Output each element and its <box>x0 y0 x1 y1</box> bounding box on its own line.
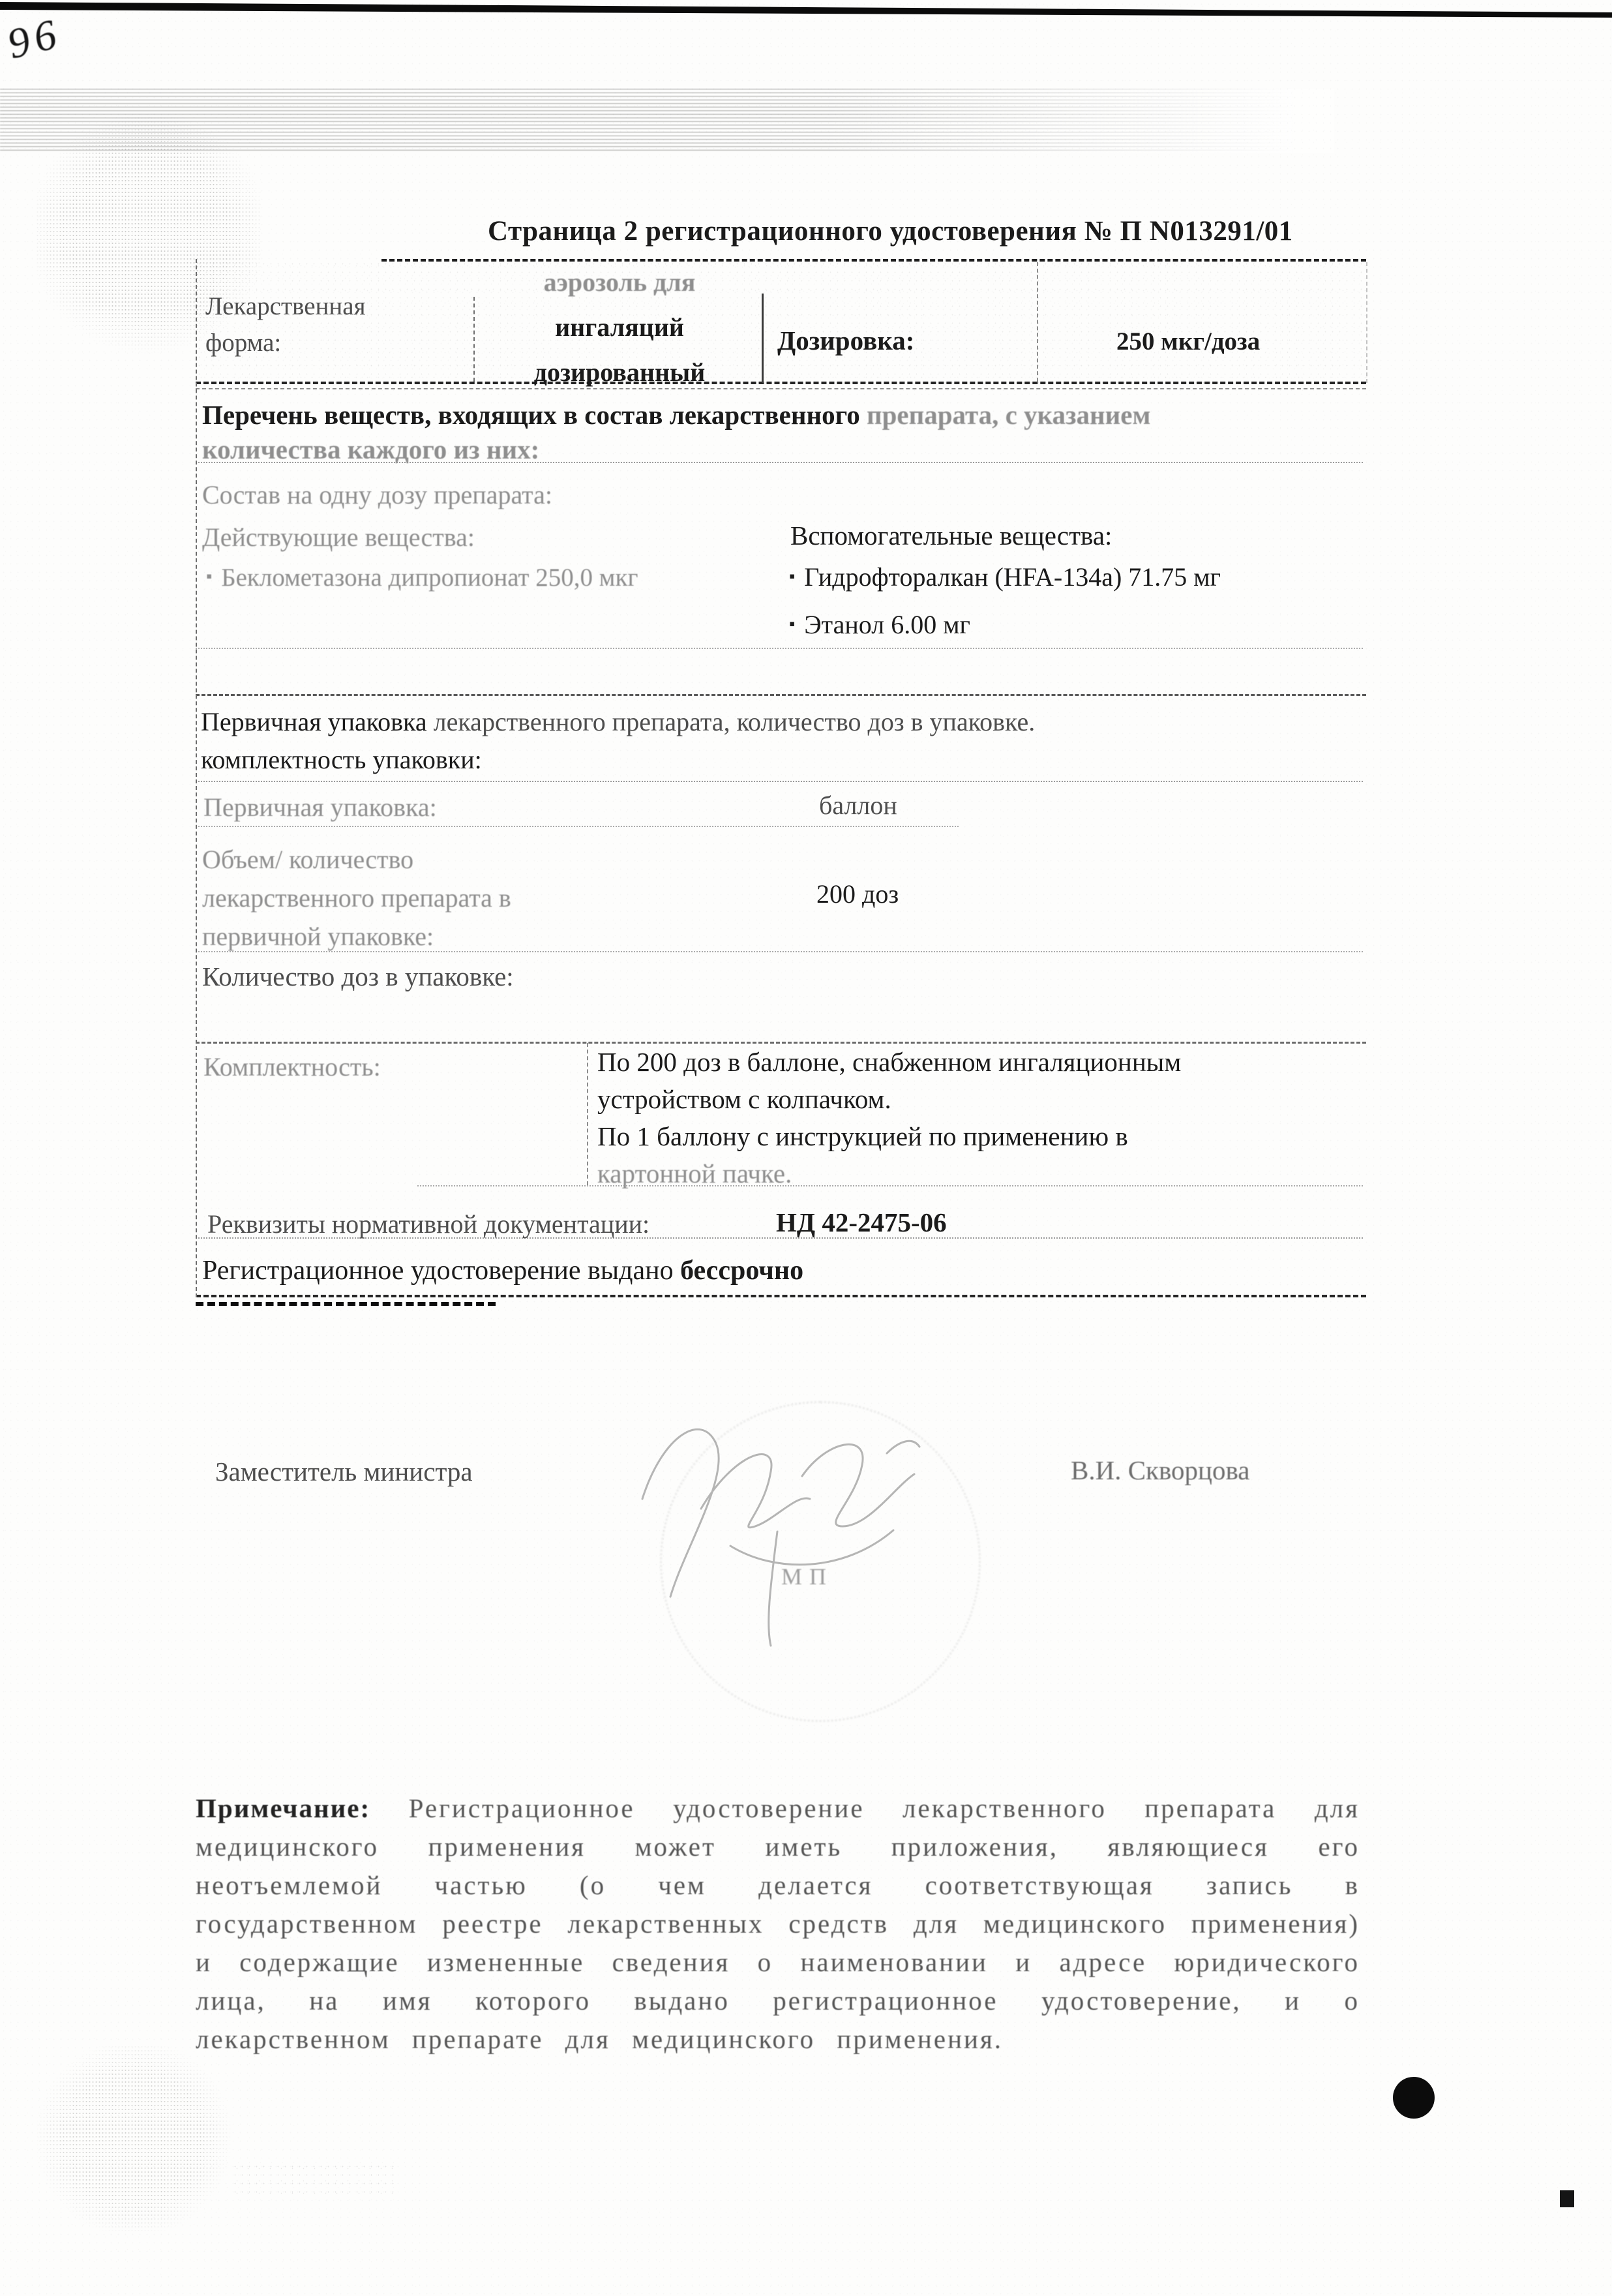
doses-per-pack-label: Количество доз в упаковке: <box>202 961 514 992</box>
col-separator <box>1037 262 1038 382</box>
active-substance-item: Беклометазона дипропионат 250,0 мкг <box>221 564 638 592</box>
table-right-border <box>1366 262 1367 383</box>
punch-hole-dot <box>1393 2077 1435 2119</box>
dosage-label: Дозировка: <box>777 325 914 356</box>
dosage-value: 250 мкг/доза <box>1116 327 1260 356</box>
signatory-position: Заместитель министра <box>215 1456 473 1487</box>
rule <box>196 382 1366 384</box>
rule <box>196 388 1366 389</box>
packaging-heading-bold: Первичная упаковка <box>201 707 427 736</box>
primary-pack-label: Первичная упаковка: <box>203 792 437 823</box>
rule <box>196 694 1366 696</box>
composition-heading-faded: препарата, с указанием <box>867 400 1150 430</box>
rule-heavy <box>196 1302 496 1306</box>
rule <box>196 826 959 827</box>
form-value-line1: аэрозоль для <box>477 260 762 305</box>
issued-term: бессрочно <box>680 1256 803 1286</box>
kit-line1: По 200 доз в баллоне, снабженном ингаляц… <box>597 1044 1181 1081</box>
rule <box>196 648 1363 649</box>
stamp-mp-label: МП <box>781 1563 833 1590</box>
excipient-item-2: Этанол 6.00 мг <box>804 610 970 639</box>
bullet-icon: ▪ <box>789 567 795 586</box>
form-value-line3: дозированный <box>477 350 762 395</box>
volume-label-line1: Объем/ количество <box>202 840 511 879</box>
active-substances-label: Действующие вещества: <box>202 522 475 552</box>
note-paragraph: Примечание: Регистрационное удостоверени… <box>196 1789 1360 2059</box>
scan-top-edge <box>0 0 1612 29</box>
rule <box>196 781 1363 782</box>
rule <box>196 1295 1366 1297</box>
bullet-icon: ▪ <box>789 614 795 634</box>
scanned-certificate-page: 96 Страница 2 регистрационного удостовер… <box>0 0 1612 2296</box>
form-value-line2: ингаляций <box>477 305 762 350</box>
issued-text: Регистрационное удостоверение выдано <box>202 1256 680 1286</box>
normdoc-value: НД 42-2475-06 <box>776 1207 947 1238</box>
normdoc-label: Реквизиты нормативной документации: <box>207 1209 649 1239</box>
noise-streak-bottom <box>231 2162 398 2198</box>
composition-heading-bold: Перечень веществ, входящих в состав лека… <box>202 400 860 430</box>
col-separator <box>587 1043 588 1185</box>
volume-label-line3: первичной упаковке: <box>202 917 511 956</box>
composition-heading-line2: количества каждого из них: <box>202 434 539 465</box>
signatory-name: В.И. Скворцова <box>1071 1455 1250 1486</box>
note-label: Примечание: <box>196 1793 370 1823</box>
table-left-border <box>196 259 197 1297</box>
excipients-label: Вспомогательные вещества: <box>790 520 1112 551</box>
packaging-heading-rest: лекарственного препарата, количество доз… <box>434 707 1036 736</box>
col-separator <box>762 294 764 383</box>
excipient-item-1: Гидрофторалкан (HFA-134a) 71.75 мг <box>804 562 1221 592</box>
kit-line4: картонной пачке. <box>597 1155 1181 1192</box>
kit-line3: По 1 баллону с инструкцией по применению… <box>597 1118 1181 1155</box>
col-separator <box>473 297 475 382</box>
kit-label: Комплектность: <box>203 1051 381 1082</box>
volume-value: 200 доз <box>816 879 899 909</box>
volume-label-line2: лекарственного препарата в <box>202 879 511 917</box>
primary-pack-value: баллон <box>819 790 897 821</box>
signature-scribble <box>606 1375 985 1649</box>
note-body: Регистрационное удостоверение лекарствен… <box>196 1793 1360 2054</box>
scanner-noise-band <box>0 89 1334 153</box>
page-title: Страница 2 регистрационного удостоверени… <box>488 215 1293 247</box>
scan-artifact-square <box>1560 2190 1574 2207</box>
form-label: Лекарственная форма: <box>205 288 440 361</box>
watermark-blob-bottom-left <box>36 2045 231 2231</box>
per-dose-label: Состав на одну дозу препарата: <box>202 479 552 510</box>
kit-line2: устройством с колпачком. <box>597 1081 1181 1118</box>
bullet-icon: ▪ <box>206 567 212 586</box>
packaging-heading-line2: комплектность упаковки: <box>201 744 482 775</box>
